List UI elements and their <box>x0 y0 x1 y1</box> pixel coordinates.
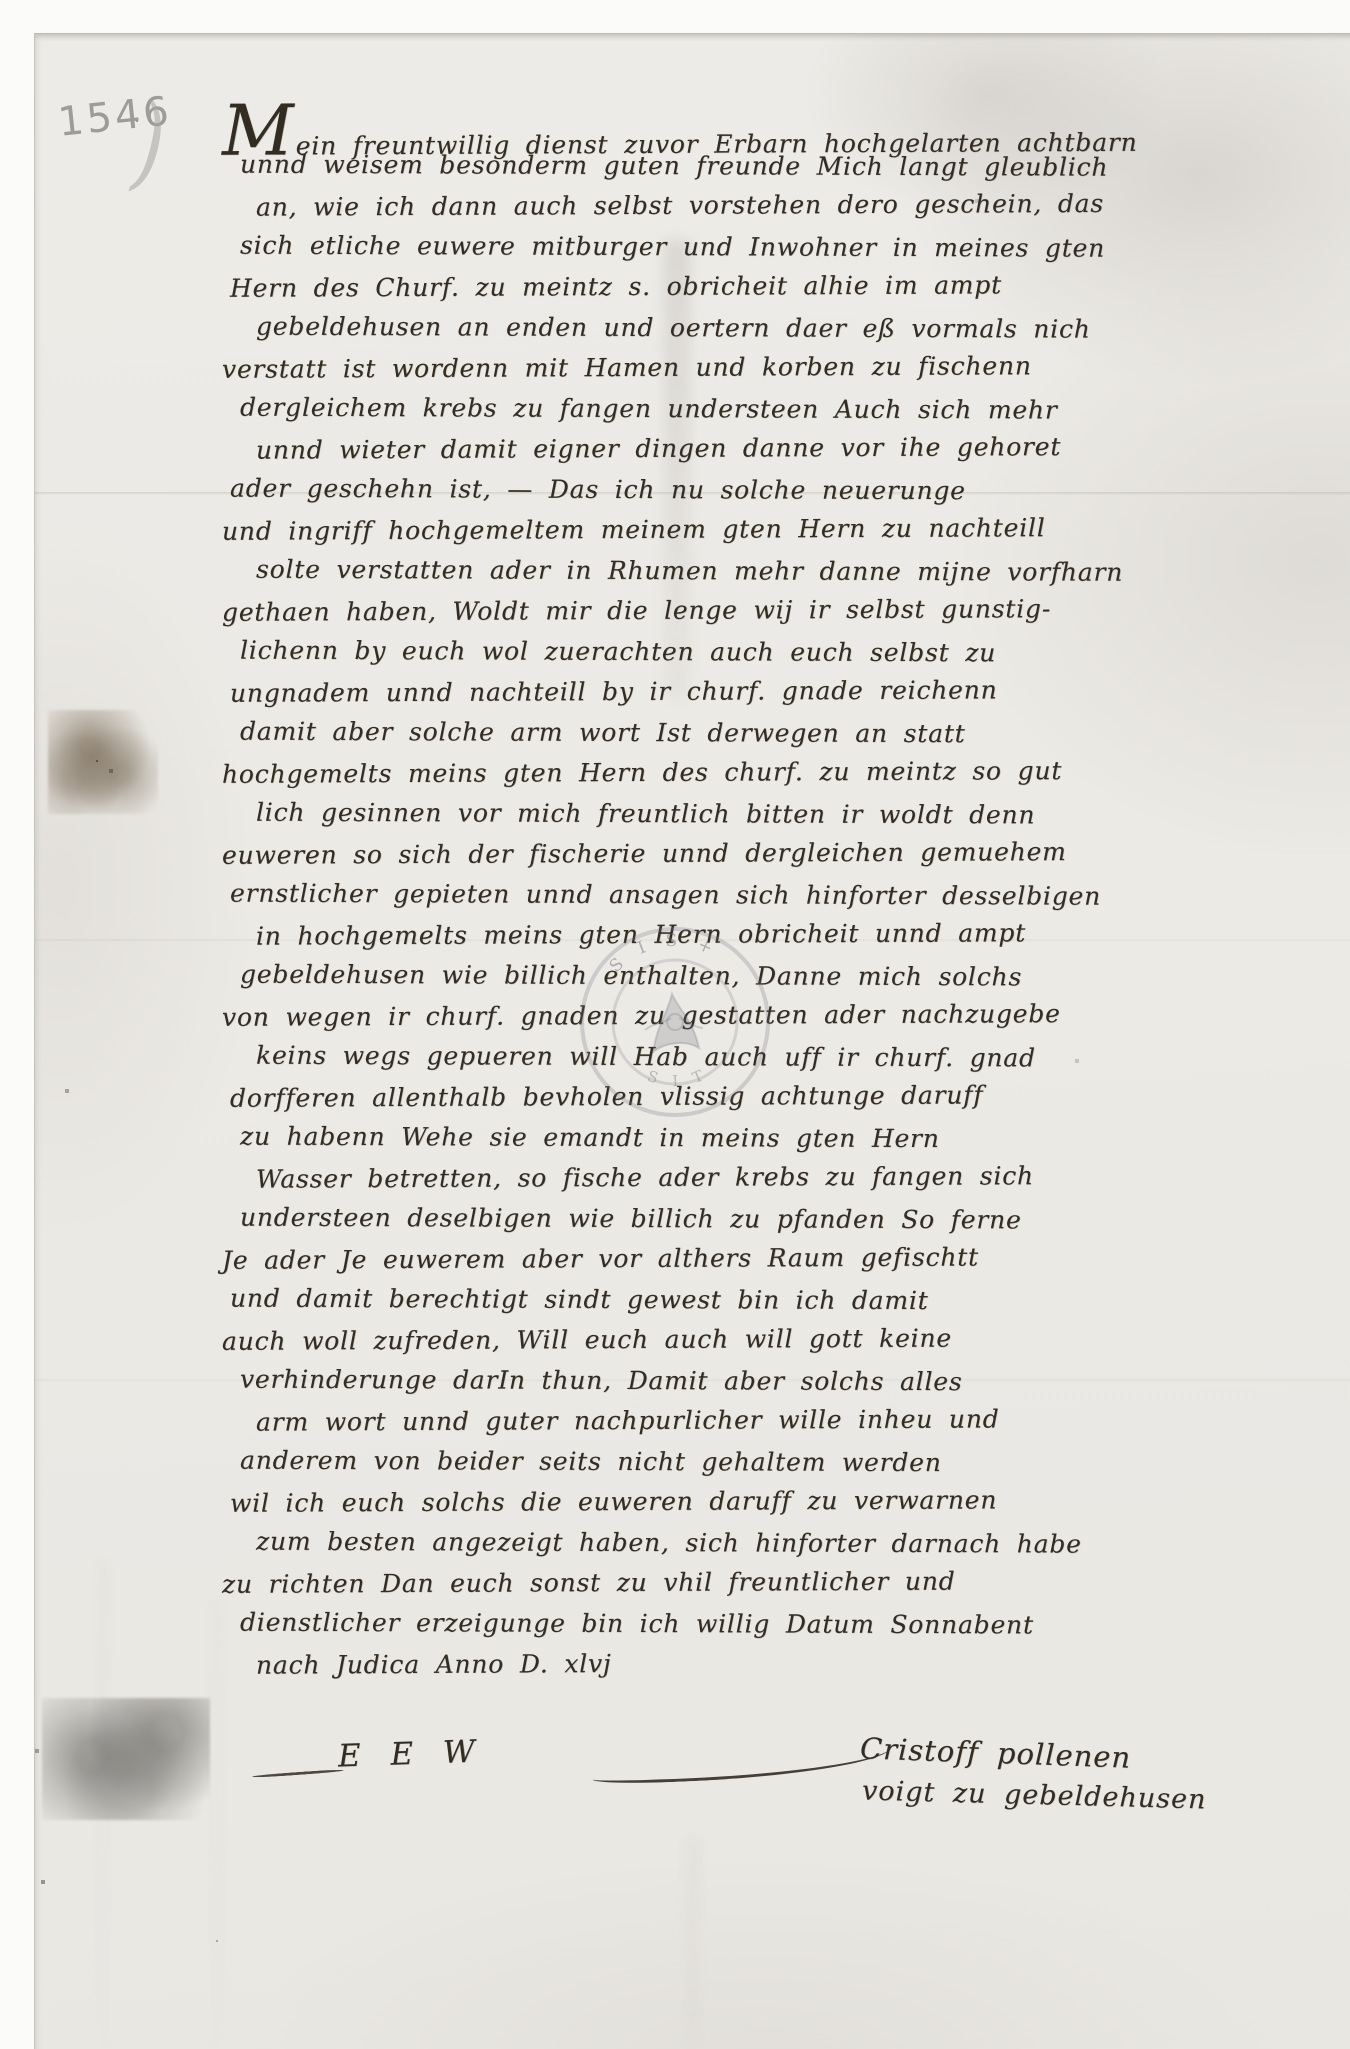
stamp-rim-text-bottom: S I T <box>645 1064 711 1090</box>
manuscript-line: lich gesinnen vor mich freuntlich bitten… <box>222 797 1037 840</box>
manuscript-line: hochgemelts meins gten Hern des churf. z… <box>222 756 1037 800</box>
archive-stamp: S I S + S I T <box>575 922 775 1122</box>
manuscript-line: understeen deselbigen wie billich zu pfa… <box>222 1202 1037 1245</box>
manuscript-line: sich etliche euwere mitburger und Inwohn… <box>222 230 1037 273</box>
manuscript-line: lichenn by euch wol zuerachten auch euch… <box>222 635 1037 678</box>
manuscript-line: arm wort unnd guter nachpurlicher wille … <box>222 1404 1037 1448</box>
manuscript-line: euweren so sich der fischerie unnd dergl… <box>222 837 1037 881</box>
manuscript-line: ader geschehn ist, — Das ich nu solche n… <box>222 473 1037 516</box>
manuscript-line: zu richten Dan euch sonst zu vhil freunt… <box>222 1566 1037 1610</box>
manuscript-line: auch woll zufreden, Will euch auch will … <box>222 1323 1037 1367</box>
manuscript-line: wil ich euch solchs die euweren daruff z… <box>222 1485 1037 1529</box>
ink-stain-left <box>48 710 158 814</box>
stamp-rim-text-top: S I S + <box>606 931 722 977</box>
manuscript-line: Hern des Churf. zu meintz s. obricheit a… <box>222 270 1037 314</box>
manuscript-line: anderem von beider seits nicht gehaltem … <box>222 1445 1037 1488</box>
valediction-initials: E E W <box>337 1733 485 1774</box>
manuscript-line: und ingriff hochgemeltem meinem gten Her… <box>222 513 1037 557</box>
manuscript-line: an, wie ich dann auch selbst vorstehen d… <box>222 189 1037 233</box>
manuscript-line: verstatt ist wordenn mit Hamen und korbe… <box>222 351 1037 395</box>
vertical-smudge <box>214 1600 220 2049</box>
manuscript-line: Je ader Je euwerem aber vor althers Raum… <box>222 1242 1037 1286</box>
manuscript-line: nach Judica Anno D. xlvj <box>222 1647 1037 1691</box>
manuscript-line: unnd weisem besonderm guten freunde Mich… <box>222 149 1037 192</box>
manuscript-line: damit aber solche arm wort Ist derwegen … <box>222 716 1037 759</box>
svg-text:S I S +: S I S + <box>606 931 722 977</box>
manuscript-line: ungnadem unnd nachteill by ir churf. gna… <box>222 675 1037 719</box>
manuscript-line: gethaen haben, Woldt mir die lenge wij i… <box>222 594 1037 638</box>
manuscript-line: zu habenn Wehe sie emandt in meins gten … <box>222 1121 1037 1164</box>
vertical-smudge <box>688 1840 698 2049</box>
manuscript-line: gebeldehusen an enden und oertern daer e… <box>222 311 1037 354</box>
manuscript-line: und damit berechtigt sindt gewest bin ic… <box>222 1283 1037 1326</box>
manuscript-line: verhinderunge darIn thun, Damit aber sol… <box>222 1364 1037 1407</box>
manuscript-line: dergleichem krebs zu fangen understeen A… <box>222 392 1037 435</box>
manuscript-line: ernstlicher gepieten unnd ansagen sich h… <box>222 878 1037 921</box>
ink-stain-bottom-left <box>42 1698 210 1820</box>
manuscript-line: unnd wieter damit eigner dingen danne vo… <box>222 432 1037 476</box>
svg-text:S I T: S I T <box>645 1064 711 1090</box>
manuscript-line: Wasser betretten, so fische ader krebs z… <box>222 1161 1037 1205</box>
manuscript-line: dienstlicher erzeigunge bin ich willig D… <box>222 1607 1037 1650</box>
manuscript-line: solte verstatten ader in Rhumen mehr dan… <box>222 554 1037 597</box>
stamp-lion-emblem <box>645 994 703 1052</box>
paper-specks <box>96 760 98 762</box>
manuscript-line: zum besten angezeigt haben, sich hinfort… <box>222 1526 1037 1569</box>
manuscript-line: Mein freuntwillig dienst zuvor Erbarn ho… <box>222 108 1037 152</box>
manuscript-text: Mein freuntwillig dienst zuvor Erbarn ho… <box>222 110 1037 1690</box>
scan-background: { "annotation": { "archive_year": "1546"… <box>0 0 1350 2049</box>
